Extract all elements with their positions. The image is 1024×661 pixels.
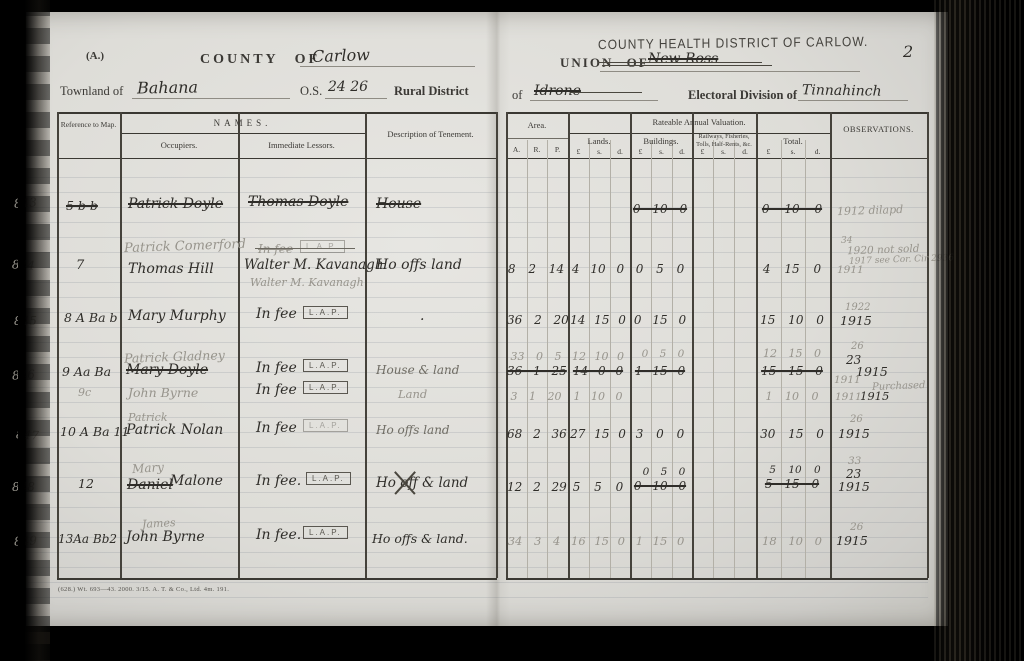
map-ref: 7 bbox=[76, 258, 84, 273]
map-ref: 10 A Ba 11 bbox=[60, 424, 129, 439]
tenement-description: Land bbox=[398, 387, 427, 401]
column-line bbox=[630, 112, 632, 578]
lands-d-header: d. bbox=[610, 147, 630, 156]
column-line bbox=[238, 112, 240, 578]
buildings-pencil-value: 0 5 0 bbox=[634, 348, 692, 360]
observations-header: OBSERVATIONS. bbox=[830, 124, 927, 134]
area-value: 8 2 14 bbox=[507, 262, 565, 276]
blank-line bbox=[530, 100, 658, 101]
townland-value: Bahana bbox=[137, 77, 198, 97]
area-value: 68 2 36 bbox=[507, 427, 565, 441]
lap-stamp: L.A.P. bbox=[303, 306, 348, 319]
occupier: John Byrne bbox=[126, 529, 205, 545]
immediate-lessor: In fee. bbox=[256, 527, 301, 543]
observation: 1915 bbox=[856, 364, 888, 379]
lands-value: 4 10 0 bbox=[569, 262, 627, 276]
blank-line bbox=[798, 100, 908, 101]
buildings-header: Buildings. bbox=[630, 136, 692, 146]
occupier: Mary Doyle bbox=[126, 362, 208, 378]
map-ref: 13Aa Bb2 bbox=[58, 532, 117, 546]
townland-label: Townland of bbox=[60, 84, 123, 99]
tenement-description: Ho offs & land. bbox=[372, 531, 468, 546]
railways-pound-header: £ bbox=[692, 147, 713, 156]
area-r-header: R. bbox=[527, 145, 547, 154]
column-line bbox=[568, 112, 570, 578]
strike-line bbox=[602, 65, 772, 66]
buildings-corrected-value: 0 5 0 bbox=[635, 466, 693, 478]
tenement-description: House & land bbox=[376, 363, 459, 377]
district-value: Idrone bbox=[534, 83, 581, 99]
buildings-value: 1 15 0 bbox=[631, 534, 689, 548]
occupier-struck: Daniel bbox=[127, 477, 173, 493]
strike-line bbox=[570, 92, 642, 93]
lap-stamp: L.A.P. bbox=[303, 419, 348, 432]
lands-pound-header: £ bbox=[568, 147, 589, 156]
os-value: 24 26 bbox=[328, 79, 368, 95]
observation-pencil: 1922 bbox=[845, 302, 870, 313]
observation: 1915 bbox=[838, 479, 870, 494]
lands-header: Lands. bbox=[568, 136, 630, 146]
description-header: Description of Tenement. bbox=[365, 129, 496, 139]
torn-left-edge bbox=[18, 0, 50, 661]
strike-line bbox=[598, 62, 762, 63]
occupier: Patrick Doyle bbox=[128, 196, 223, 212]
area-a-header: A. bbox=[506, 145, 527, 154]
column-line bbox=[830, 112, 832, 578]
observation: 1911 bbox=[837, 264, 864, 276]
column-line bbox=[756, 112, 758, 578]
lap-stamp: L.A.P. bbox=[303, 526, 348, 539]
area-value: 36 1 25 bbox=[507, 364, 565, 378]
total-value: 15 15 0 bbox=[757, 364, 827, 378]
map-ref: 9c bbox=[78, 386, 91, 399]
electoral-division-value: Tinnahinch bbox=[802, 82, 882, 99]
area-pencil-value: 33 0 5 bbox=[507, 350, 565, 363]
lap-stamp: L.A.P. bbox=[303, 381, 348, 394]
tenement-description: . bbox=[420, 308, 424, 324]
immediate-lessor: Walter M. Kavanagh bbox=[244, 257, 384, 273]
total-pencil-value: 12 15 0 bbox=[757, 347, 827, 360]
map-ref: 5 b b bbox=[66, 198, 98, 213]
total-value: 30 15 0 bbox=[757, 427, 827, 441]
total-value: 5 15 0 bbox=[757, 477, 827, 491]
table-bottom-border bbox=[506, 578, 928, 580]
buildings-s-header: s. bbox=[651, 147, 672, 156]
lap-stamp: L.A.P. bbox=[303, 359, 348, 372]
names-header: NAMES. bbox=[120, 118, 365, 128]
immediate-lessor: In fee. bbox=[256, 473, 301, 489]
lands-value: 1 10 0 bbox=[569, 390, 627, 403]
observation: 1915 bbox=[860, 389, 889, 403]
buildings-value: 3 0 0 bbox=[631, 427, 689, 441]
observation: 1915 bbox=[836, 533, 868, 548]
scanned-valuation-ledger: (A.) COUNTY OF Carlow Townland of Bahana… bbox=[0, 0, 1024, 661]
tenement-description: House bbox=[376, 196, 421, 212]
observation: 1915 bbox=[840, 313, 872, 328]
observation: 1912 dilapd bbox=[837, 203, 904, 218]
total-corrected-value: 5 10 0 bbox=[760, 464, 830, 476]
total-pound-header: £ bbox=[756, 147, 781, 156]
blank-line bbox=[600, 71, 860, 72]
county-value: Carlow bbox=[312, 45, 371, 66]
subcolumn-line bbox=[734, 140, 735, 578]
buildings-value: 0 10 0 bbox=[631, 202, 689, 216]
lands-value: 27 15 0 bbox=[569, 427, 627, 441]
lands-value: 14 0 0 bbox=[569, 364, 627, 378]
column-line bbox=[57, 112, 59, 578]
area-value: 3 1 20 bbox=[507, 390, 565, 403]
immediate-lessor: In fee bbox=[256, 420, 297, 436]
column-line bbox=[496, 112, 498, 578]
occupier: Malone bbox=[170, 473, 223, 489]
lessor-pencil: Walter M. Kavanagh bbox=[250, 276, 364, 289]
tenement-description: Ho offs land bbox=[376, 257, 462, 273]
area-value: 36 2 20 bbox=[507, 313, 565, 327]
electoral-division-label: Electoral Division of bbox=[688, 88, 797, 103]
strike-line bbox=[255, 248, 355, 249]
total-value: 4 15 0 bbox=[757, 262, 827, 276]
printer-imprint: (628.) Wt. 693—43. 2000. 3/15. A. T. & C… bbox=[58, 586, 229, 593]
lands-value: 5 5 0 bbox=[569, 480, 627, 494]
lands-value: 16 15 0 bbox=[569, 534, 627, 548]
railways-s-header: s. bbox=[713, 147, 734, 156]
immediate-lessor: In fee bbox=[256, 382, 297, 398]
lessor-struck: In fee bbox=[258, 242, 293, 256]
railways-d-header: d. bbox=[734, 147, 756, 156]
total-s-header: s. bbox=[781, 147, 805, 156]
table-top-border bbox=[57, 112, 497, 114]
occupier: Mary Murphy bbox=[128, 308, 226, 324]
immediate-lessor: In fee bbox=[256, 360, 297, 376]
observation-pencil: 26 bbox=[851, 341, 864, 352]
page-number: 2 bbox=[903, 42, 913, 61]
column-line bbox=[365, 112, 367, 578]
area-divider bbox=[506, 138, 568, 139]
tenement-description: Ho offs land bbox=[376, 423, 450, 437]
table-bottom-border bbox=[57, 578, 497, 580]
rateable-valuation-header: Rateable Annual Valuation. bbox=[568, 117, 830, 127]
column-line bbox=[506, 112, 508, 578]
blank-line bbox=[300, 66, 475, 67]
buildings-d-header: d. bbox=[672, 147, 692, 156]
map-ref: 8 A Ba b bbox=[64, 310, 118, 325]
observation-pencil: 1911 bbox=[834, 374, 861, 386]
book-fore-edge bbox=[934, 0, 1024, 661]
immediate-lessor: In fee bbox=[256, 306, 297, 322]
lap-stamp: L.A.P. bbox=[300, 240, 345, 253]
occupier: Thomas Hill bbox=[128, 261, 214, 277]
area-value: 12 2 29 bbox=[507, 480, 565, 494]
health-district-stamp: COUNTY HEALTH DISTRICT OF CARLOW. bbox=[598, 34, 868, 53]
total-header: Total. bbox=[756, 136, 830, 146]
ref-map-header: Reference to Map. bbox=[58, 120, 119, 130]
of-label: of bbox=[512, 88, 522, 103]
map-ref: 12 bbox=[78, 476, 94, 491]
union-label: UNION OF bbox=[560, 55, 649, 71]
area-header: Area. bbox=[506, 120, 568, 130]
subheader-divider bbox=[57, 158, 497, 159]
observation-pencil: 33 bbox=[848, 455, 861, 467]
form-mark: (A.) bbox=[86, 50, 104, 62]
occupier-pencil: Mary bbox=[132, 460, 165, 476]
total-value: 1 10 0 bbox=[757, 390, 827, 403]
occupier: John Byrne bbox=[128, 385, 198, 400]
lap-stamp: L.A.P. bbox=[306, 472, 351, 485]
lands-value: 14 15 0 bbox=[569, 313, 627, 327]
total-value: 0 10 0 bbox=[757, 202, 827, 216]
blank-line bbox=[325, 98, 387, 99]
total-value: 15 10 0 bbox=[757, 313, 827, 327]
names-divider bbox=[120, 133, 365, 134]
observation-pencil: 26 bbox=[850, 521, 863, 533]
observation-pencil: 26 bbox=[850, 414, 863, 425]
subcolumn-line bbox=[713, 140, 714, 578]
buildings-value: 1 15 0 bbox=[631, 364, 689, 378]
occupiers-header: Occupiers. bbox=[120, 140, 238, 150]
blank-line bbox=[132, 98, 290, 99]
total-value: 18 10 0 bbox=[757, 534, 827, 548]
map-ref: 9 Aa Ba bbox=[62, 364, 111, 379]
lessors-header: Immediate Lessors. bbox=[238, 140, 365, 150]
column-line bbox=[120, 112, 122, 578]
lands-s-header: s. bbox=[589, 147, 610, 156]
observation: 1915 bbox=[838, 426, 870, 441]
buildings-value: 0 15 0 bbox=[631, 313, 689, 327]
buildings-pound-header: £ bbox=[630, 147, 651, 156]
immediate-lessor: Thomas Doyle bbox=[248, 194, 348, 210]
buildings-value: 0 10 0 bbox=[631, 479, 689, 493]
tenement-description: Ho off & land bbox=[376, 475, 468, 491]
os-label: O.S. bbox=[300, 84, 322, 99]
occupier: Patrick Nolan bbox=[126, 422, 223, 438]
rural-district-label: Rural District bbox=[394, 84, 469, 99]
observation-pencil: 1911 bbox=[835, 391, 862, 403]
area-p-header: P. bbox=[547, 145, 568, 154]
buildings-value: 0 5 0 bbox=[631, 262, 689, 276]
column-line bbox=[692, 112, 694, 578]
total-d-header: d. bbox=[805, 147, 830, 156]
column-line bbox=[927, 112, 929, 578]
area-value: 34 3 4 bbox=[505, 534, 563, 548]
lands-pencil-value: 12 10 0 bbox=[569, 350, 627, 363]
